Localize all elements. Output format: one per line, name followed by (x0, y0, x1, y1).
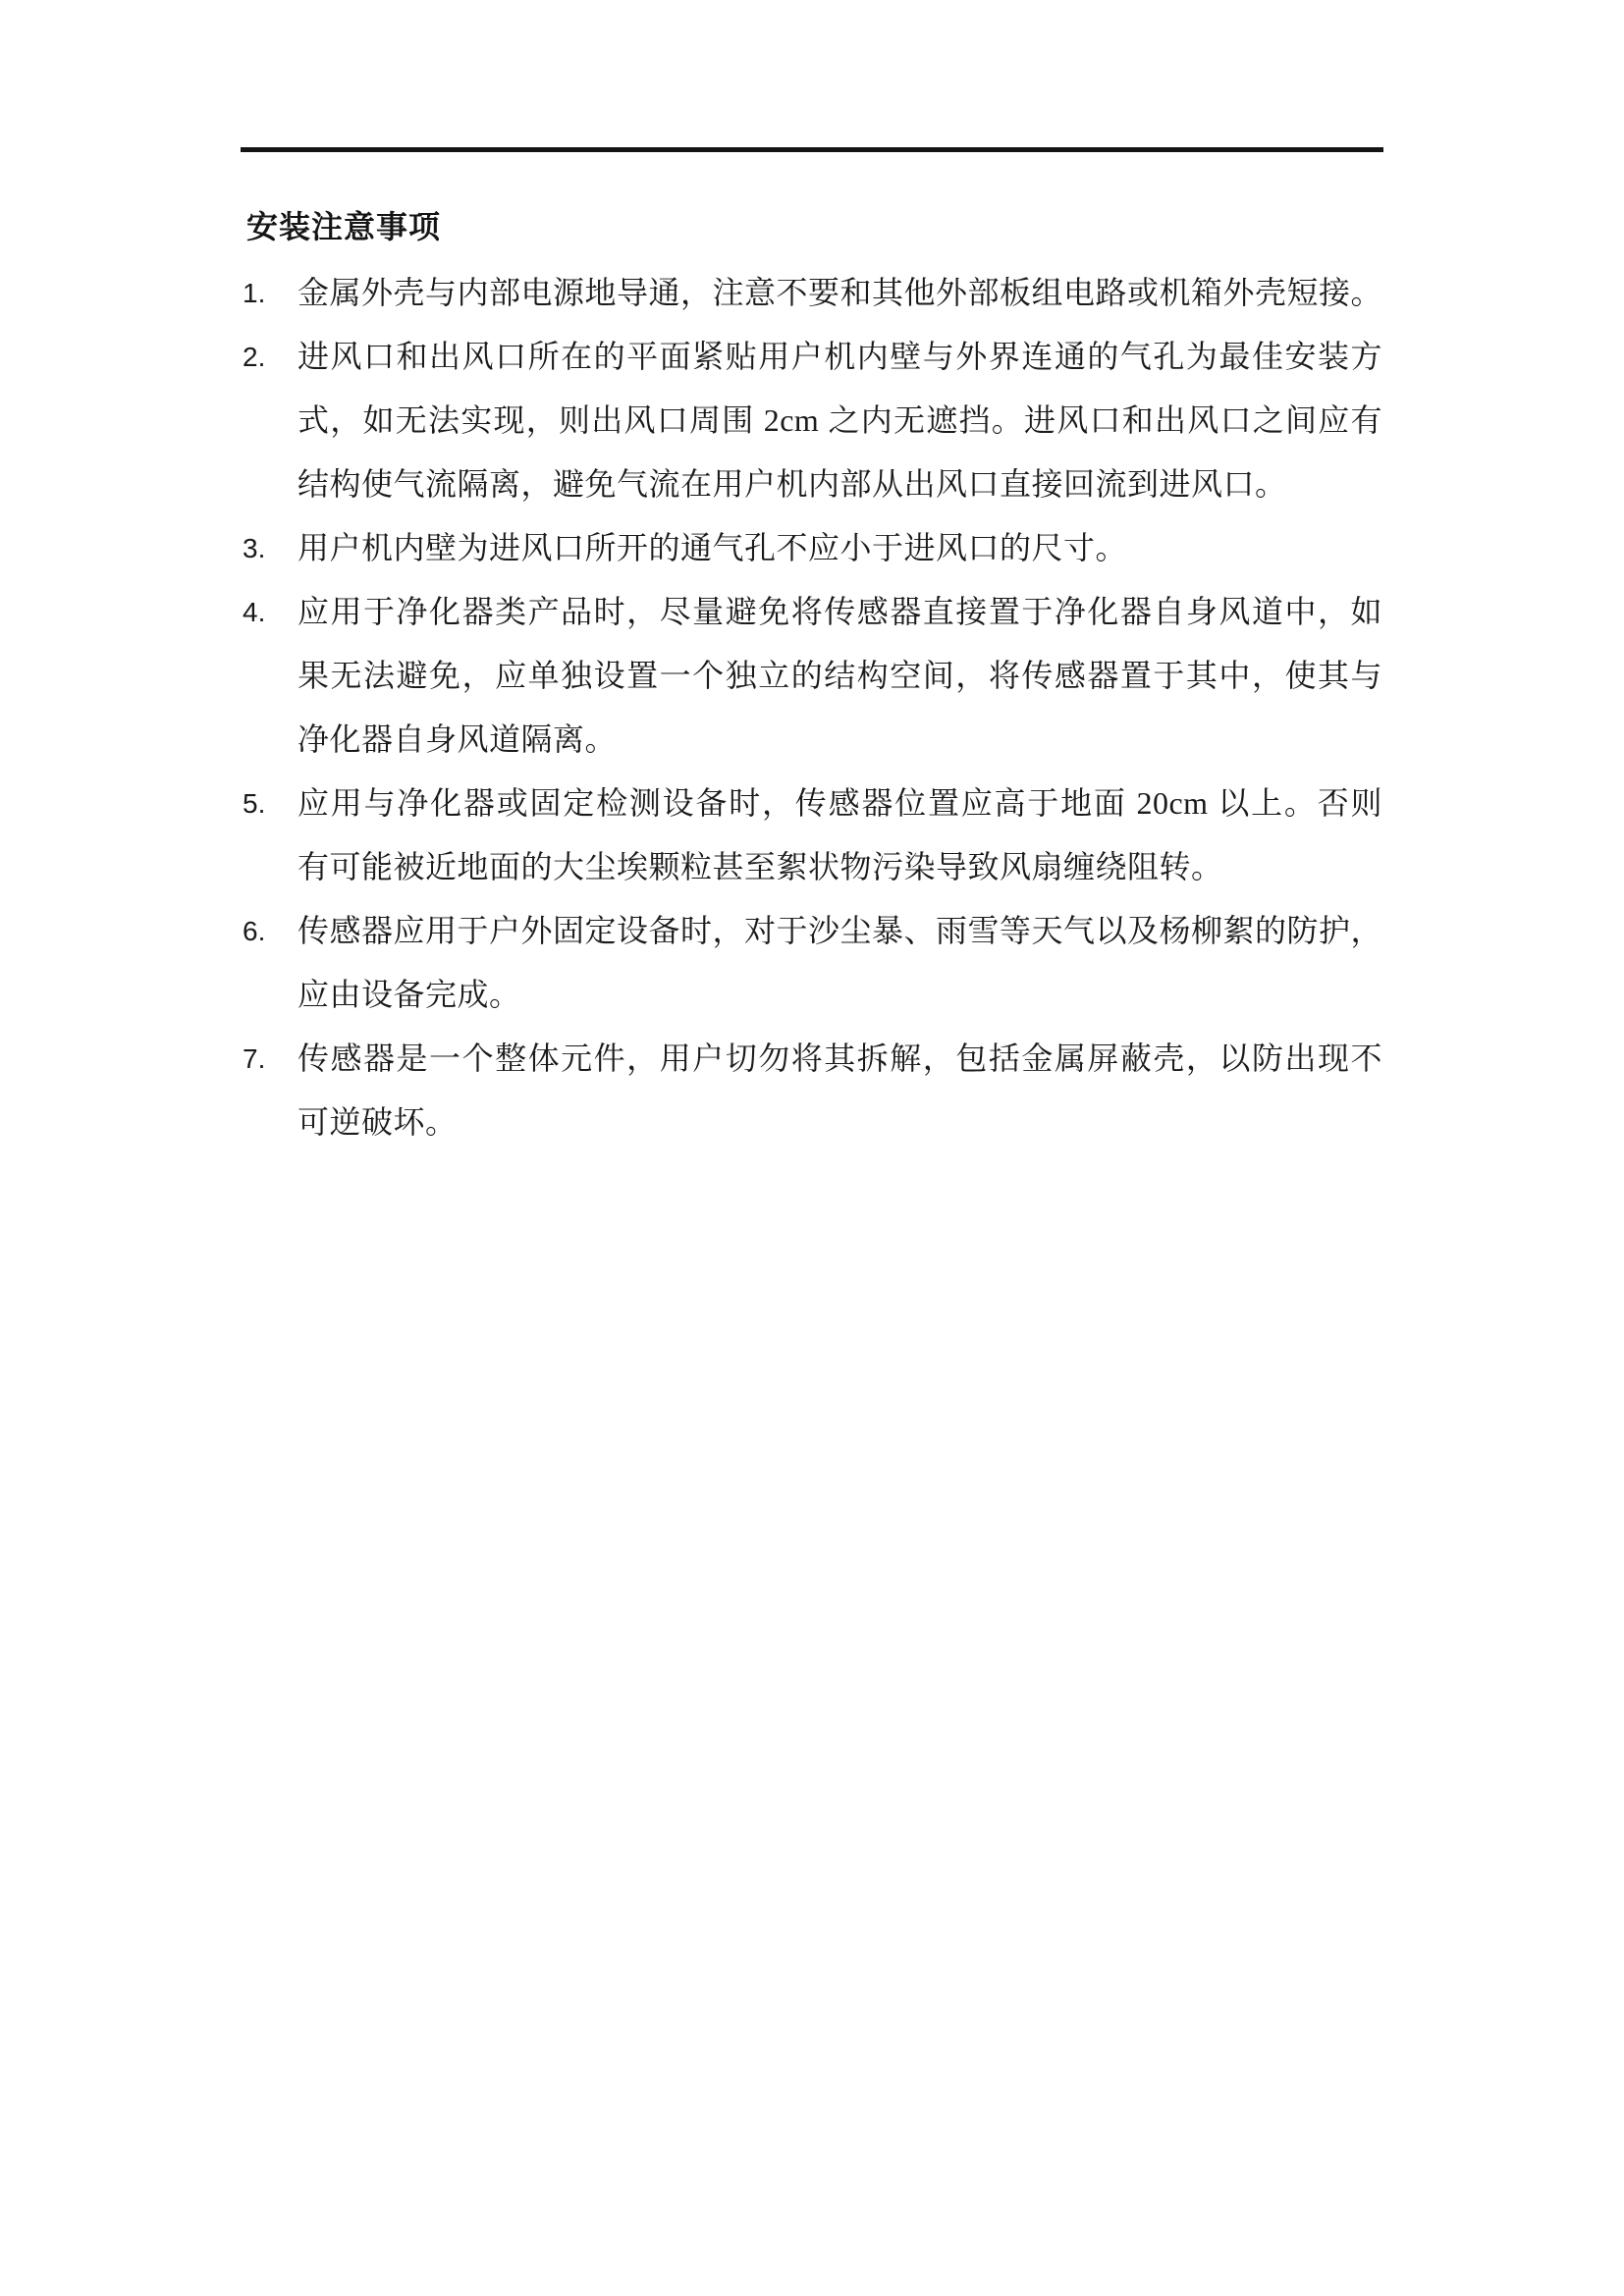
list-item-text: 传感器应用于户外固定设备时，对于沙尘暴、雨雪等天气以及杨柳絮的防护，应由设备完成… (298, 899, 1382, 1027)
list-item-line: 应用于净化器类产品时，尽量避免将传感器直接置于净化器自身风道中，如 (298, 580, 1382, 644)
list-item-text: 应用与净化器或固定检测设备时，传感器位置应高于地面 20cm 以上。否则有可能被… (298, 772, 1382, 899)
header-rule-divider (241, 147, 1383, 152)
document-page: 安装注意事项 1.金属外壳与内部电源地导通，注意不要和其他外部板组电路或机箱外壳… (0, 0, 1624, 2296)
list-item-number: 3. (243, 516, 292, 580)
list-item-line: 应由设备完成。 (298, 963, 1382, 1027)
notes-list: 1.金属外壳与内部电源地导通，注意不要和其他外部板组电路或机箱外壳短接。2.进风… (243, 261, 1382, 1154)
list-item-line: 传感器应用于户外固定设备时，对于沙尘暴、雨雪等天气以及杨柳絮的防护， (298, 899, 1382, 963)
list-item: 1.金属外壳与内部电源地导通，注意不要和其他外部板组电路或机箱外壳短接。 (243, 261, 1382, 325)
list-item-line: 结构使气流隔离，避免气流在用户机内部从出风口直接回流到进风口。 (298, 453, 1382, 516)
list-item: 2.进风口和出风口所在的平面紧贴用户机内壁与外界连通的气孔为最佳安装方式，如无法… (243, 325, 1382, 516)
list-item-line: 果无法避免，应单独设置一个独立的结构空间，将传感器置于其中，使其与 (298, 644, 1382, 708)
list-item-line: 有可能被近地面的大尘埃颗粒甚至絮状物污染导致风扇缠绕阻转。 (298, 835, 1382, 899)
list-item-text: 金属外壳与内部电源地导通，注意不要和其他外部板组电路或机箱外壳短接。 (298, 261, 1382, 325)
list-item-text: 应用于净化器类产品时，尽量避免将传感器直接置于净化器自身风道中，如果无法避免，应… (298, 580, 1382, 772)
list-item-number: 6. (243, 899, 292, 963)
list-item-number: 7. (243, 1027, 292, 1091)
list-item: 5.应用与净化器或固定检测设备时，传感器位置应高于地面 20cm 以上。否则有可… (243, 772, 1382, 899)
list-item-text: 传感器是一个整体元件，用户切勿将其拆解，包括金属屏蔽壳，以防出现不可逆破坏。 (298, 1027, 1382, 1154)
list-item-number: 2. (243, 325, 292, 389)
list-item-text: 用户机内壁为进风口所开的通气孔不应小于进风口的尺寸。 (298, 516, 1382, 580)
list-item: 7.传感器是一个整体元件，用户切勿将其拆解，包括金属屏蔽壳，以防出现不可逆破坏。 (243, 1027, 1382, 1154)
list-item-line: 净化器自身风道隔离。 (298, 708, 1382, 772)
list-item-line: 金属外壳与内部电源地导通，注意不要和其他外部板组电路或机箱外壳短接。 (298, 261, 1382, 325)
list-item-line: 传感器是一个整体元件，用户切勿将其拆解，包括金属屏蔽壳，以防出现不 (298, 1027, 1382, 1091)
list-item-line: 应用与净化器或固定检测设备时，传感器位置应高于地面 20cm 以上。否则 (298, 772, 1382, 835)
list-item: 4.应用于净化器类产品时，尽量避免将传感器直接置于净化器自身风道中，如果无法避免… (243, 580, 1382, 772)
list-item-number: 1. (243, 261, 292, 325)
list-item-text: 进风口和出风口所在的平面紧贴用户机内壁与外界连通的气孔为最佳安装方式，如无法实现… (298, 325, 1382, 516)
list-item-number: 5. (243, 772, 292, 835)
list-item: 3.用户机内壁为进风口所开的通气孔不应小于进风口的尺寸。 (243, 516, 1382, 580)
section-heading: 安装注意事项 (246, 202, 441, 247)
list-item-line: 可逆破坏。 (298, 1091, 1382, 1154)
list-item-line: 进风口和出风口所在的平面紧贴用户机内壁与外界连通的气孔为最佳安装方 (298, 325, 1382, 389)
list-item: 6.传感器应用于户外固定设备时，对于沙尘暴、雨雪等天气以及杨柳絮的防护，应由设备… (243, 899, 1382, 1027)
list-item-line: 用户机内壁为进风口所开的通气孔不应小于进风口的尺寸。 (298, 516, 1382, 580)
list-item-line: 式，如无法实现，则出风口周围 2cm 之内无遮挡。进风口和出风口之间应有 (298, 389, 1382, 453)
list-item-number: 4. (243, 580, 292, 644)
